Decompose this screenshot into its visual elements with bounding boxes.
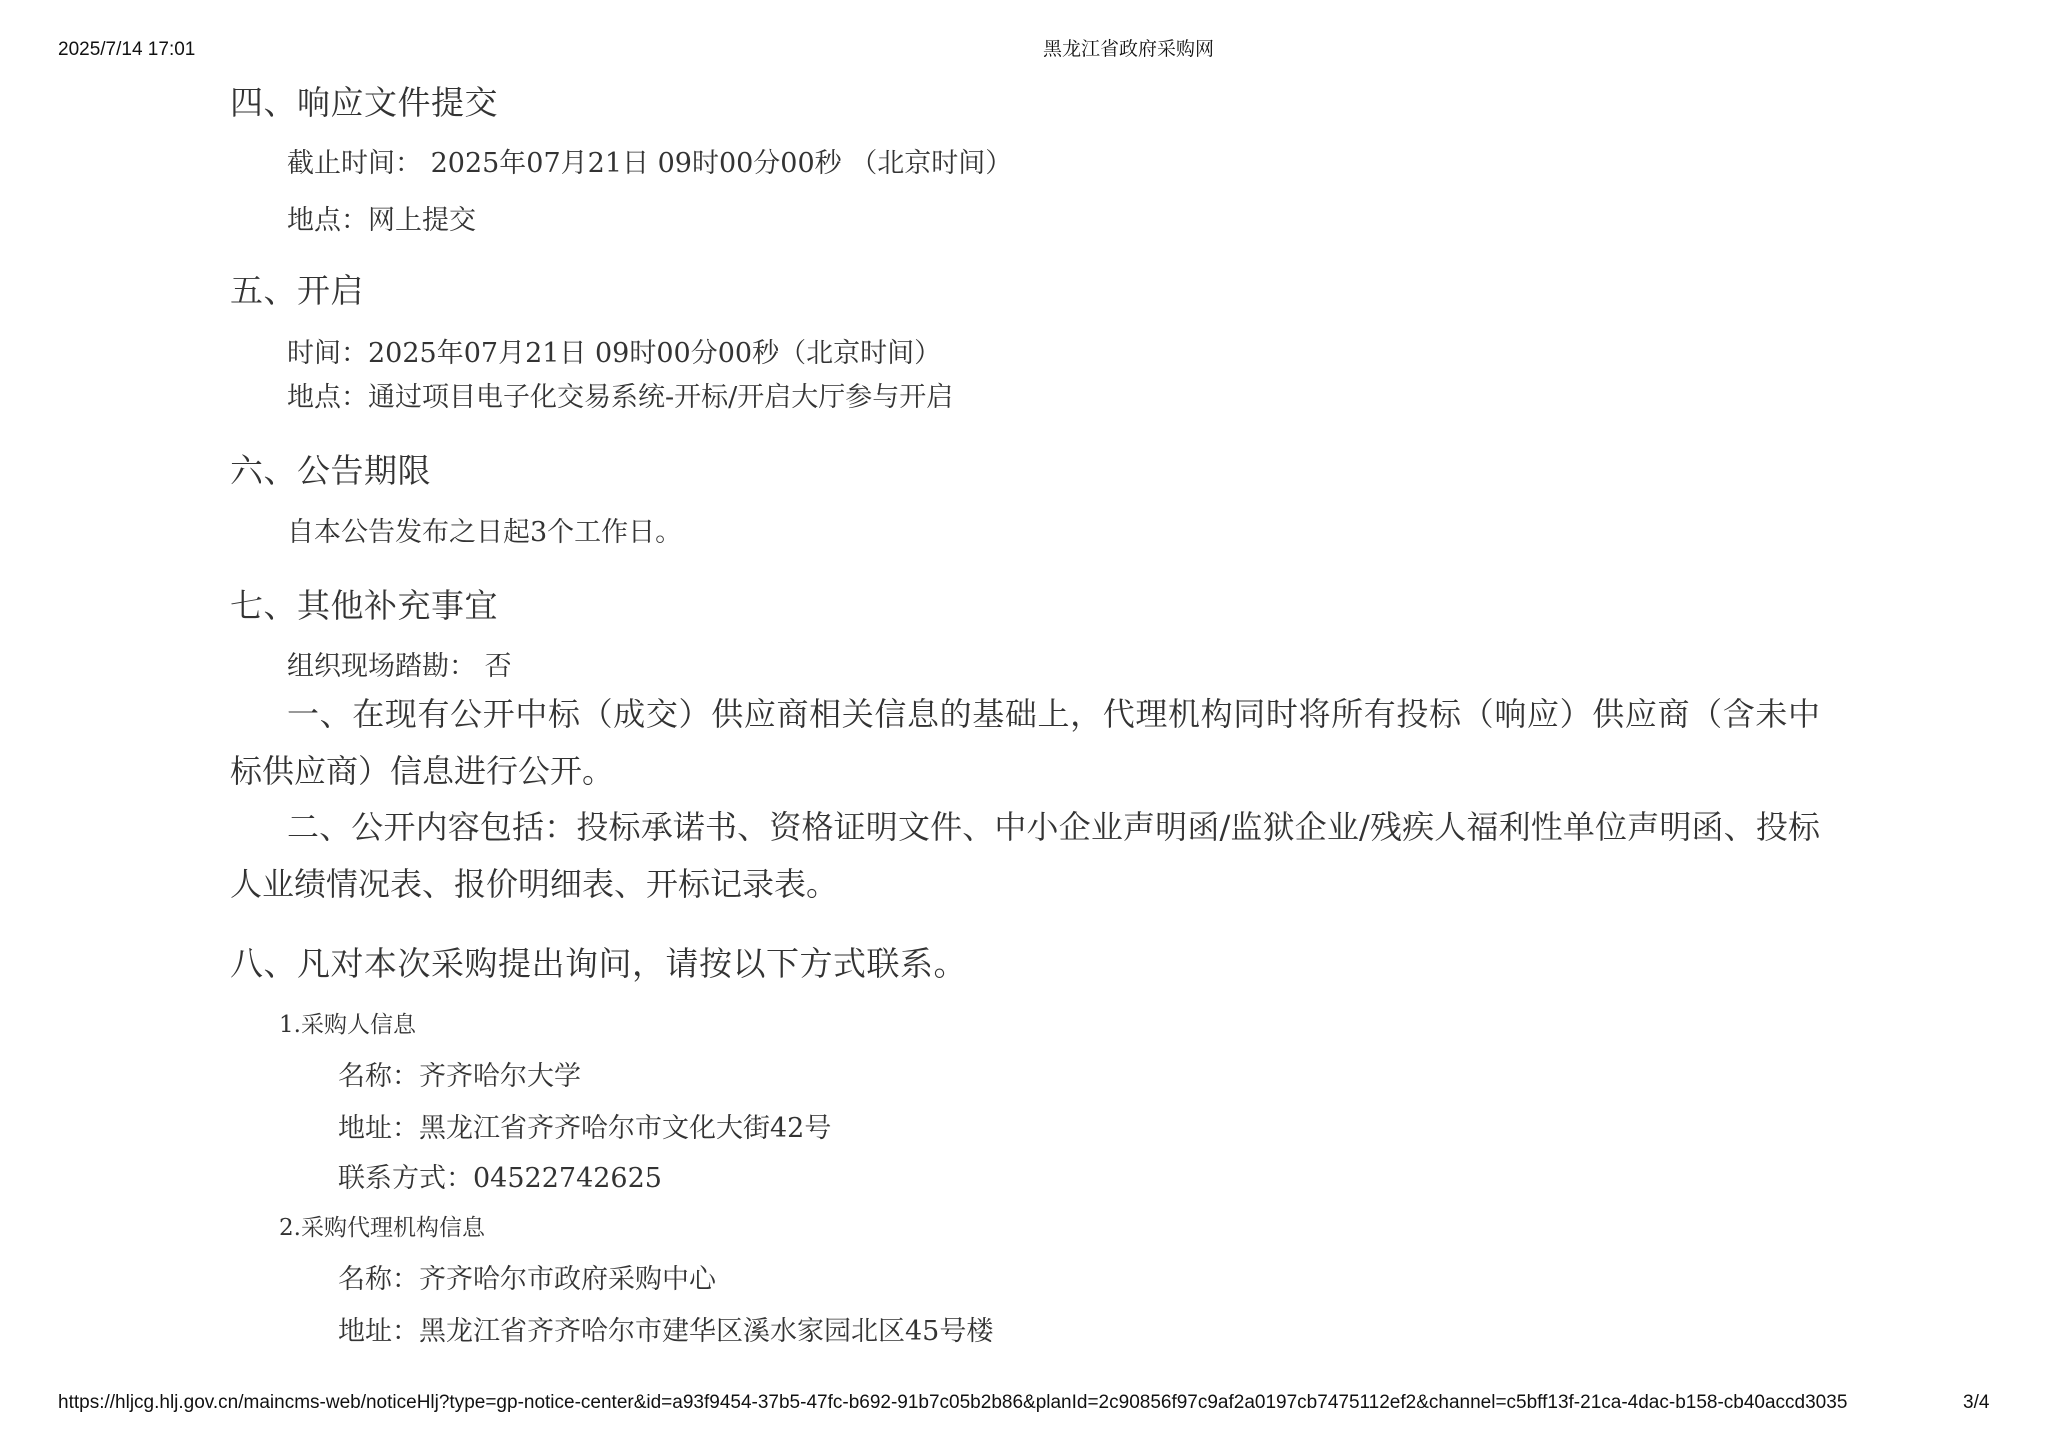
purchaser-name: 名称：齐齐哈尔大学 — [338, 1063, 581, 1090]
section-heading-notice-period: 六、公告期限 — [230, 454, 431, 487]
purchaser-contact: 联系方式：04522742625 — [338, 1165, 662, 1192]
submission-deadline: 截止时间： 2025年07月21日 09时00分00秒 （北京时间） — [287, 150, 1012, 177]
notice-period-text: 自本公告发布之日起3个工作日。 — [287, 519, 682, 546]
section-heading-contact: 八、凡对本次采购提出询问，请按以下方式联系。 — [230, 947, 967, 980]
section-heading-opening: 五、开启 — [230, 274, 364, 307]
agency-info-title: 2.采购代理机构信息 — [279, 1217, 485, 1240]
agency-name: 名称：齐齐哈尔市政府采购中心 — [338, 1266, 716, 1293]
supplementary-paragraph-1: 一、在现有公开中标（成交）供应商相关信息的基础上，代理机构同时将所有投标（响应）… — [230, 686, 1820, 800]
page-url: https://hljcg.hlj.gov.cn/maincms-web/not… — [58, 1393, 1847, 1412]
purchaser-info-title: 1.采购人信息 — [279, 1014, 416, 1037]
opening-time: 时间：2025年07月21日 09时00分00秒（北京时间） — [287, 340, 941, 367]
site-visit: 组织现场踏勘： 否 — [287, 653, 512, 680]
site-title: 黑龙江省政府采购网 — [1043, 40, 1214, 59]
print-datetime: 2025/7/14 17:01 — [58, 40, 195, 59]
section-heading-response-submission: 四、响应文件提交 — [230, 86, 498, 119]
supplementary-paragraph-2: 二、公开内容包括：投标承诺书、资格证明文件、中小企业声明函/监狱企业/残疾人福利… — [230, 799, 1820, 913]
section-heading-supplementary: 七、其他补充事宜 — [230, 589, 498, 622]
submission-location: 地点：网上提交 — [287, 207, 476, 234]
purchaser-address: 地址：黑龙江省齐齐哈尔市文化大街42号 — [338, 1115, 831, 1142]
opening-location: 地点：通过项目电子化交易系统-开标/开启大厅参与开启 — [287, 384, 953, 411]
agency-address: 地址：黑龙江省齐齐哈尔市建华区溪水家园北区45号楼 — [338, 1318, 993, 1345]
page-number: 3/4 — [1963, 1393, 1989, 1412]
